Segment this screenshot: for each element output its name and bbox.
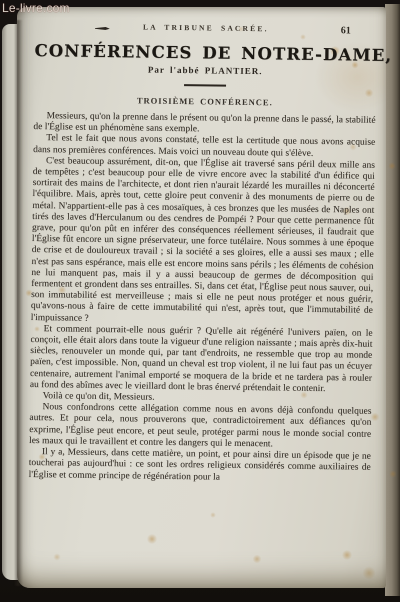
paragraph-7: Il y a, Messieurs, dans cette matière, u… bbox=[29, 447, 371, 485]
page-title: CONFÉRENCES DE NOTRE-DAME, bbox=[34, 41, 376, 65]
byline: Par l'abbé PLANTIER. bbox=[34, 63, 376, 78]
body-text: Messieurs, qu'on la prenne dans le prése… bbox=[29, 111, 376, 485]
running-header-row: LA TRIBUNE SACRÉE. 61 bbox=[35, 21, 377, 39]
paragraph-6: Nous confondrons cette allégation comme … bbox=[29, 402, 372, 452]
gutter-shadow bbox=[14, 20, 23, 586]
book-fore-edge bbox=[385, 4, 400, 596]
running-header-title: LA TRIBUNE SACRÉE. bbox=[143, 23, 269, 34]
book-photo: Le-livre.com LA TRIBUNE SACRÉE. 61 CONFÉ… bbox=[0, 0, 400, 602]
watermark: Le-livre.com bbox=[2, 1, 70, 15]
paragraph-3: C'est beaucoup assurément, dit-on, que l… bbox=[31, 156, 375, 329]
printed-content: LA TRIBUNE SACRÉE. 61 CONFÉRENCES DE NOT… bbox=[29, 16, 377, 485]
section-heading: TROISIÈME CONFÉRENCE. bbox=[34, 94, 376, 109]
ink-mark-icon bbox=[95, 27, 110, 30]
page-number: 61 bbox=[341, 25, 351, 36]
book-page: LA TRIBUNE SACRÉE. 61 CONFÉRENCES DE NOT… bbox=[17, 7, 386, 588]
paragraph-4: Et comment pourrait-elle nous guérir ? Q… bbox=[30, 324, 373, 396]
section-divider bbox=[184, 84, 226, 87]
